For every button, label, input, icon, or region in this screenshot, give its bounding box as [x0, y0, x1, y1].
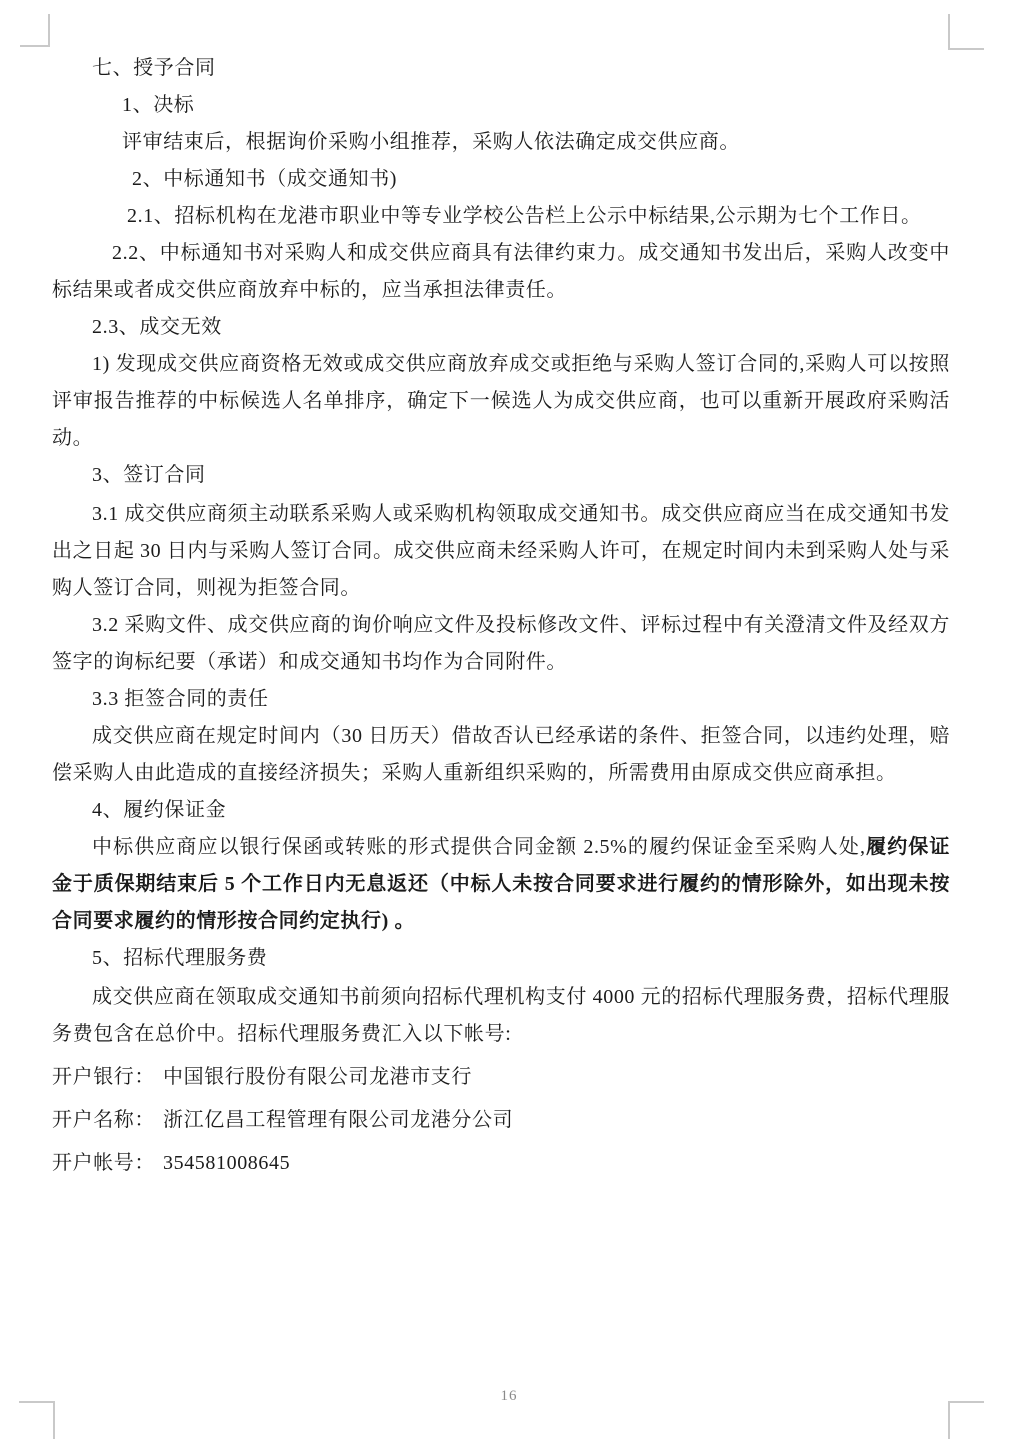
- account-name-label: 开户名称：: [52, 1109, 155, 1131]
- heading-award-notice: 2、中标通知书（成交通知书): [52, 161, 950, 198]
- heading-award-decision: 1、决标: [52, 87, 950, 124]
- account-name-row: 开户名称：浙江亿昌工程管理有限公司龙港分公司: [52, 1102, 950, 1139]
- heading-agency-fee: 5、招标代理服务费: [52, 940, 950, 977]
- para-notice-publicity: 2.1、招标机构在龙港市职业中等专业学校公告栏上公示中标结果,公示期为七个工作日…: [52, 198, 950, 235]
- crop-mark-top-left: [20, 14, 50, 47]
- content-area: 七、授予合同 1、决标 评审结束后，根据询价采购小组推荐，采购人依法确定成交供应…: [52, 50, 950, 1182]
- heading-award-contract: 七、授予合同: [52, 50, 950, 87]
- performance-bond-normal-text: 中标供应商应以银行保函或转账的形式提供合同金额 2.5%的履约保证金至采购人处,: [92, 836, 866, 858]
- para-deal-invalid-item: 1) 发现成交供应商资格无效或成交供应商放弃成交或拒绝与采购人签订合同的,采购人…: [52, 346, 950, 457]
- account-name-value: 浙江亿昌工程管理有限公司龙港分公司: [163, 1109, 513, 1131]
- document-page: 七、授予合同 1、决标 评审结束后，根据询价采购小组推荐，采购人依法确定成交供应…: [0, 0, 1018, 1446]
- bank-row: 开户银行：中国银行股份有限公司龙港市支行: [52, 1059, 950, 1096]
- crop-mark-bottom-left: [19, 1401, 55, 1439]
- heading-performance-bond: 4、履约保证金: [52, 792, 950, 829]
- para-sign-contract-3-1: 3.1 成交供应商须主动联系采购人或采购机构领取成交通知书。成交供应商应当在成交…: [52, 496, 950, 607]
- crop-mark-top-right: [948, 14, 984, 50]
- heading-deal-invalid: 2.3、成交无效: [52, 309, 950, 346]
- account-number-label: 开户帐号：: [52, 1152, 155, 1174]
- para-award-decision: 评审结束后，根据询价采购小组推荐，采购人依法确定成交供应商。: [52, 124, 950, 161]
- bank-value: 中国银行股份有限公司龙港市支行: [163, 1066, 472, 1088]
- para-refuse-sign-liability: 成交供应商在规定时间内（30 日历天）借故否认已经承诺的条件、拒签合同，以违约处…: [52, 718, 950, 792]
- para-performance-bond: 中标供应商应以银行保函或转账的形式提供合同金额 2.5%的履约保证金至采购人处,…: [52, 829, 950, 940]
- para-contract-attachments-3-2: 3.2 采购文件、成交供应商的询价响应文件及投标修改文件、评标过程中有关澄清文件…: [52, 607, 950, 681]
- crop-mark-bottom-right: [948, 1401, 984, 1439]
- account-number-row: 开户帐号：354581008645: [52, 1145, 950, 1182]
- page-number: 16: [0, 1388, 1018, 1405]
- heading-refuse-sign-3-3: 3.3 拒签合同的责任: [52, 681, 950, 718]
- heading-sign-contract: 3、签订合同: [52, 457, 950, 494]
- para-agency-fee: 成交供应商在领取成交通知书前须向招标代理机构支付 4000 元的招标代理服务费，…: [52, 979, 950, 1053]
- para-notice-binding-force: 2.2、中标通知书对采购人和成交供应商具有法律约束力。成交通知书发出后，采购人改…: [52, 235, 950, 309]
- account-number-value: 354581008645: [163, 1152, 290, 1174]
- bank-label: 开户银行：: [52, 1066, 155, 1088]
